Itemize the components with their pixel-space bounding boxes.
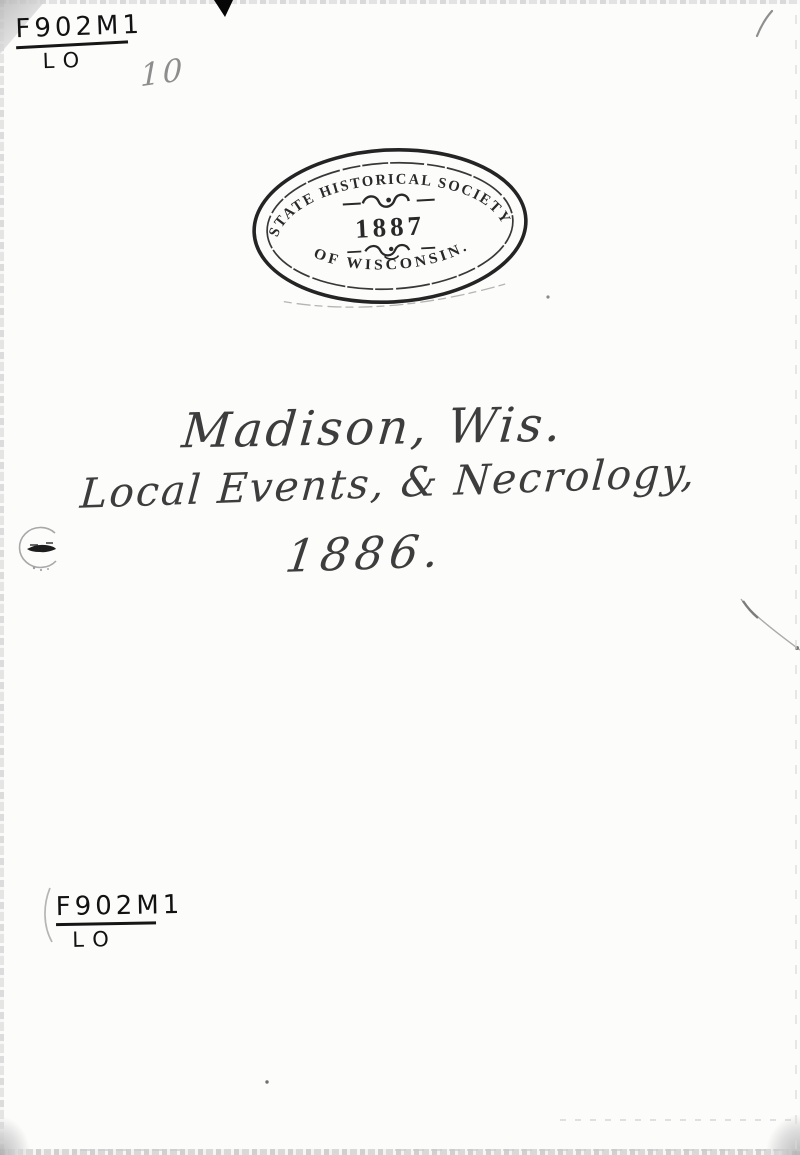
scan-corner-bottom-left bbox=[0, 1117, 30, 1155]
stamp-arc-bottom-text: OF WISCONSIN. bbox=[310, 238, 472, 278]
call-number-top: F902M1 LO bbox=[15, 12, 144, 73]
scratch-line-right bbox=[741, 599, 800, 650]
call-number-top-code: F902M1 bbox=[15, 12, 143, 42]
stray-dot-bottom bbox=[265, 1080, 268, 1083]
historical-society-stamp: STATE HISTORICAL SOCIETY 1887 OF WISCONS… bbox=[236, 132, 545, 319]
call-number-bottom-code: F902M1 bbox=[56, 892, 184, 920]
stamp-year: 1887 bbox=[354, 210, 425, 244]
scanned-page: F902M1 LO 10 STATE HISTORICAL SOCIETY 18… bbox=[0, 0, 800, 1155]
binding-notch-mark bbox=[214, 0, 233, 17]
handwritten-title-line2: Local Events, & Necrology, bbox=[79, 452, 698, 515]
left-margin-smudge bbox=[20, 527, 56, 571]
pencil-page-number: 10 bbox=[140, 55, 185, 93]
scan-edge-left bbox=[0, 0, 4, 1155]
scan-edge-top bbox=[0, 0, 800, 4]
call-number-bottom-underline bbox=[56, 921, 156, 926]
stamp-smear bbox=[284, 284, 507, 311]
pencil-arc-bottom-left bbox=[45, 888, 52, 942]
pencil-slash-top-right bbox=[757, 11, 772, 36]
scan-corner-bottom-right bbox=[766, 1115, 800, 1155]
handwritten-title-line3: 1886. bbox=[283, 528, 448, 579]
scan-edge-bottom bbox=[0, 1149, 800, 1155]
stamp-ornament-top bbox=[342, 193, 434, 209]
handwritten-title-line1: Madison, Wis. bbox=[180, 401, 566, 456]
stray-dot-right-of-stamp bbox=[546, 295, 549, 298]
call-number-bottom: F902M1 LO bbox=[56, 892, 185, 951]
call-number-bottom-suffix: LO bbox=[72, 928, 184, 951]
call-number-top-suffix: LO bbox=[42, 48, 144, 73]
